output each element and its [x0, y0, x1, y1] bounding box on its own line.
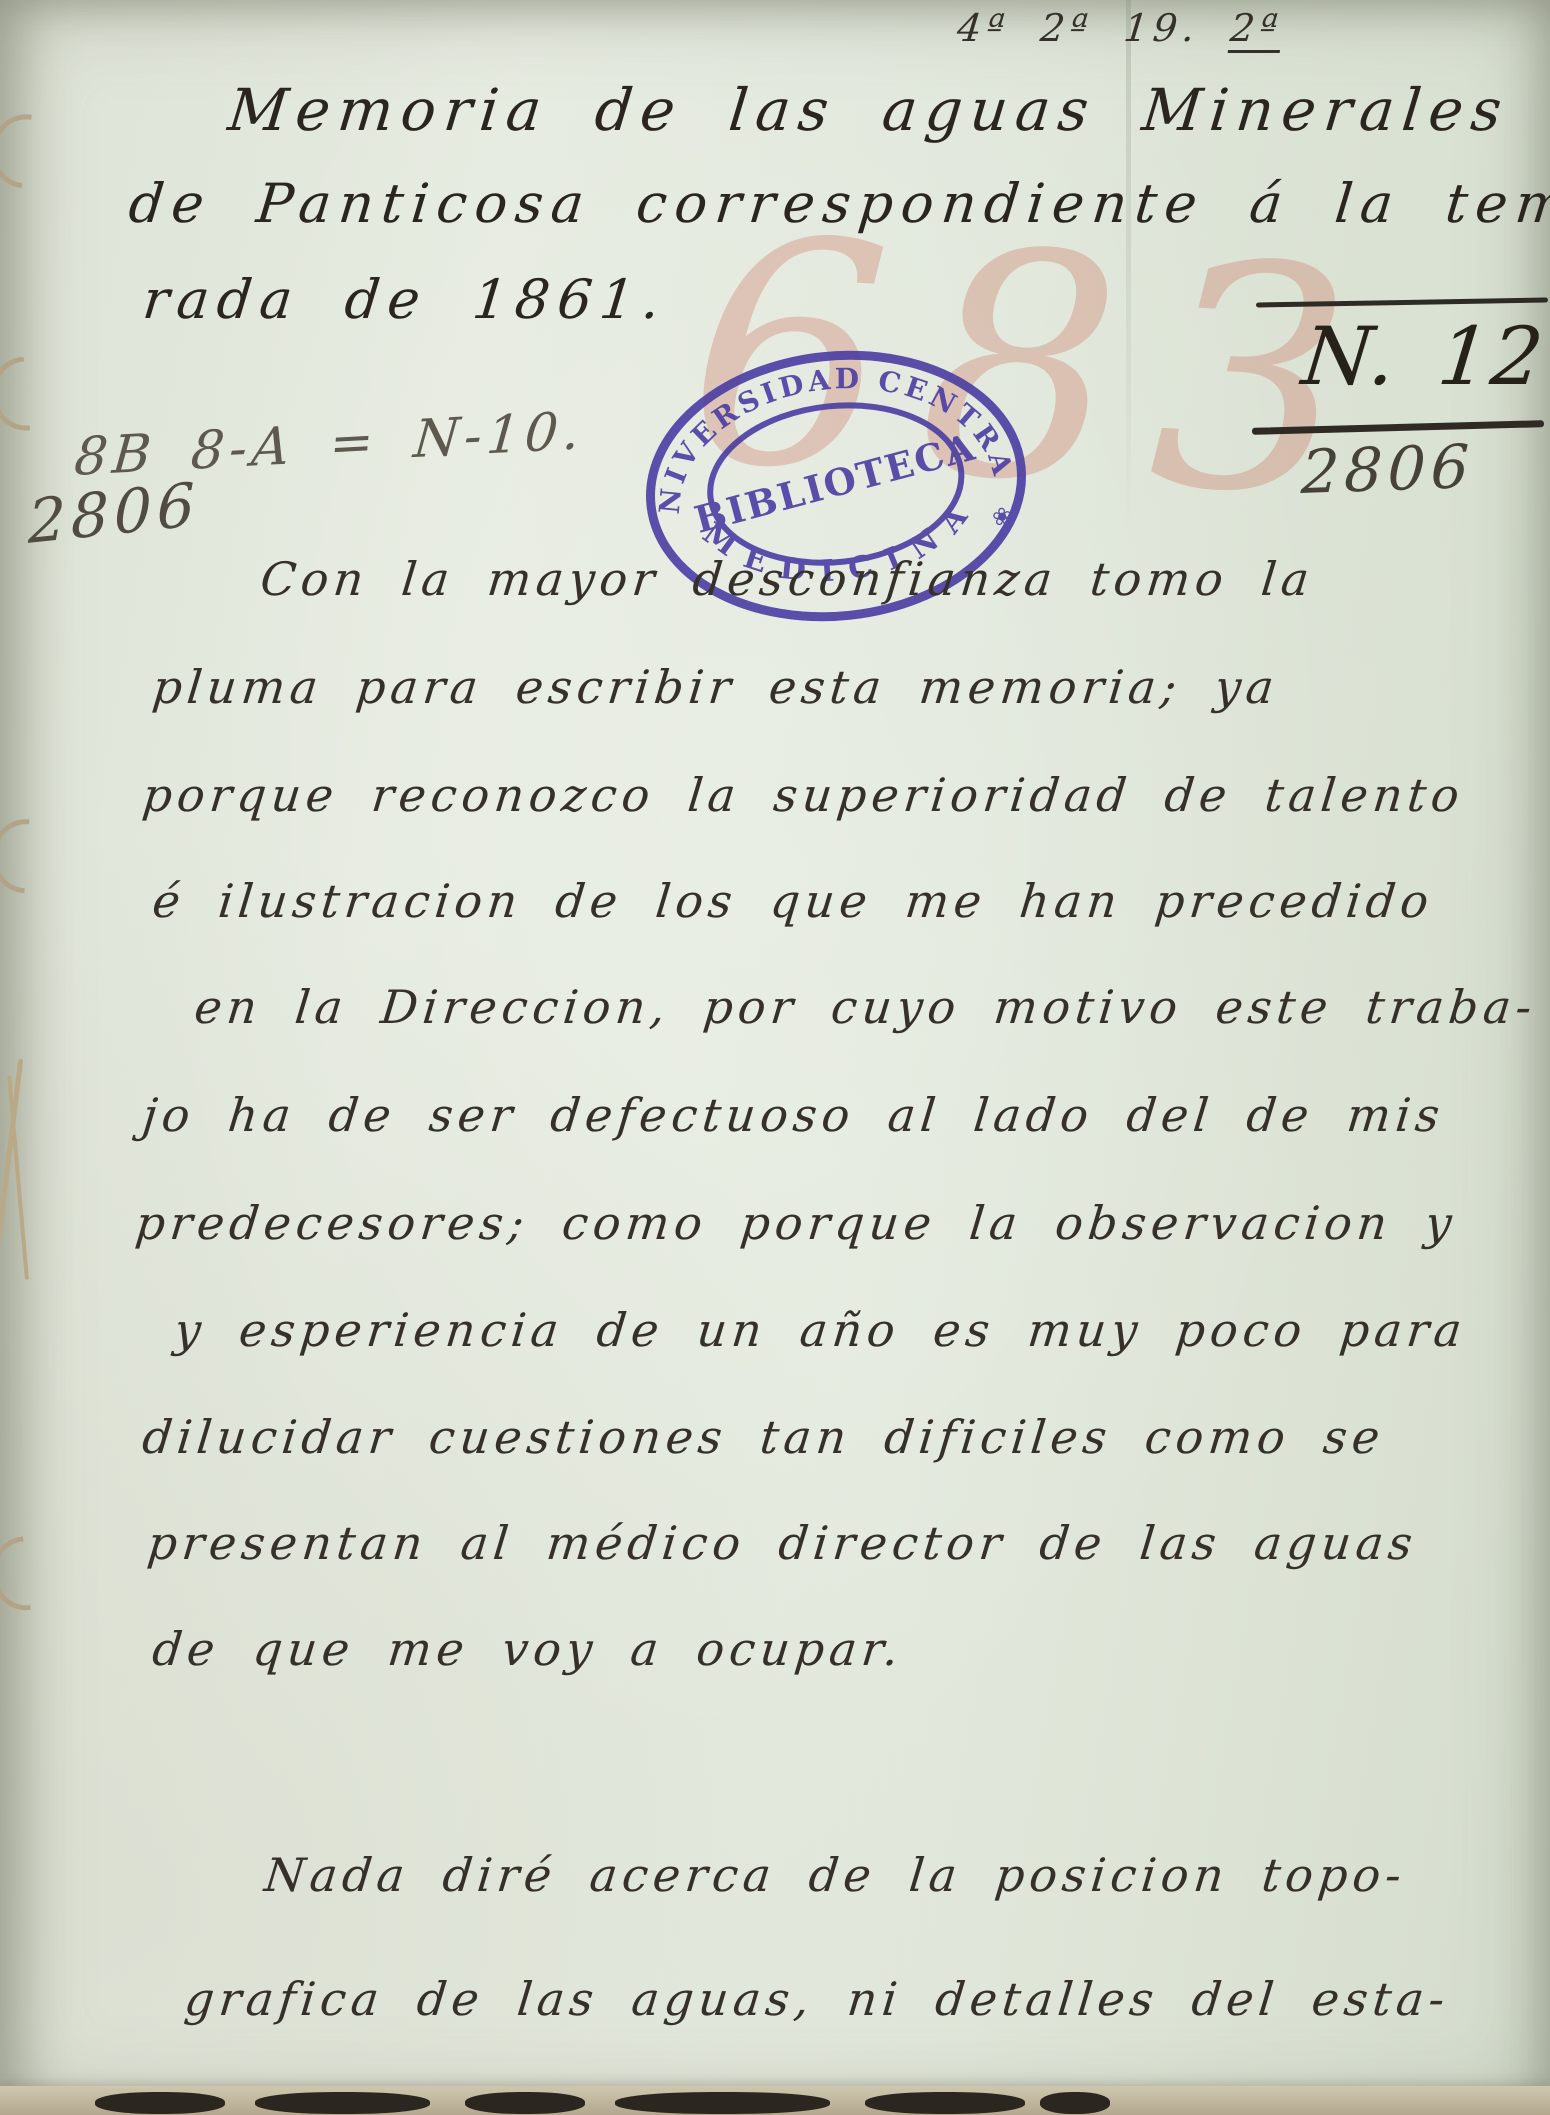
body-line: é ilustracion de los que me han precedid…: [150, 874, 1436, 928]
body-line: jo ha de ser defectuoso al lado del de m…: [140, 1088, 1447, 1142]
body-line: dilucidar cuestiones tan dificiles como …: [140, 1410, 1387, 1464]
corner-note-underlined: 2ª: [1228, 6, 1285, 53]
corner-note-text: 4ª 2ª 19.: [955, 6, 1202, 50]
body-line: pluma para escribir esta memoria; ya: [150, 660, 1281, 714]
body-line: grafica de las aguas, ni detalles del es…: [182, 1972, 1452, 2026]
stamp-ornament-icon: ❀: [991, 502, 1014, 532]
margin-accession-number: 2806: [28, 470, 200, 558]
title-line: rada de 1861.: [140, 268, 671, 331]
binding-thread: [0, 110, 32, 188]
body-line: presentan al médico director de las agua…: [145, 1516, 1420, 1570]
title-line: Memoria de las aguas Minerales: [225, 76, 1513, 144]
accession-number-pencil: 2806: [1300, 432, 1475, 508]
manuscript-page: 4ª 2ª 19. 2ª Memoria de las aguas Minera…: [0, 0, 1550, 2115]
body-line: porque reconozco la superioridad de tale…: [140, 768, 1467, 822]
binding-thread: [0, 357, 30, 434]
page-edge-blob: [865, 2092, 1025, 2114]
catalog-number: N. 12: [1298, 310, 1549, 403]
page-edge-blob: [615, 2092, 830, 2114]
binding-thread: [7, 1075, 29, 1280]
binding-thread: [0, 817, 30, 893]
body-line: en la Direccion, por cuyo motivo este tr…: [192, 980, 1539, 1034]
binding-thread: [0, 1536, 31, 1613]
page-edge-blob: [465, 2092, 585, 2114]
body-line: predecesores; como porque la observacion…: [133, 1196, 1459, 1250]
body-line: Nada diré acerca de la posicion topo-: [262, 1848, 1409, 1902]
body-line: de que me voy a ocupar.: [150, 1622, 906, 1676]
page-edge-blob: [1040, 2092, 1110, 2114]
body-line: y esperiencia de un año es muy poco para: [172, 1303, 1469, 1357]
corner-note: 4ª 2ª 19. 2ª: [955, 6, 1285, 50]
page-edge-blob: [255, 2092, 430, 2114]
bottom-page-edge: [0, 2086, 1550, 2115]
body-line: Con la mayor desconfianza tomo la: [258, 552, 1317, 606]
page-edge-blob: [95, 2092, 225, 2114]
